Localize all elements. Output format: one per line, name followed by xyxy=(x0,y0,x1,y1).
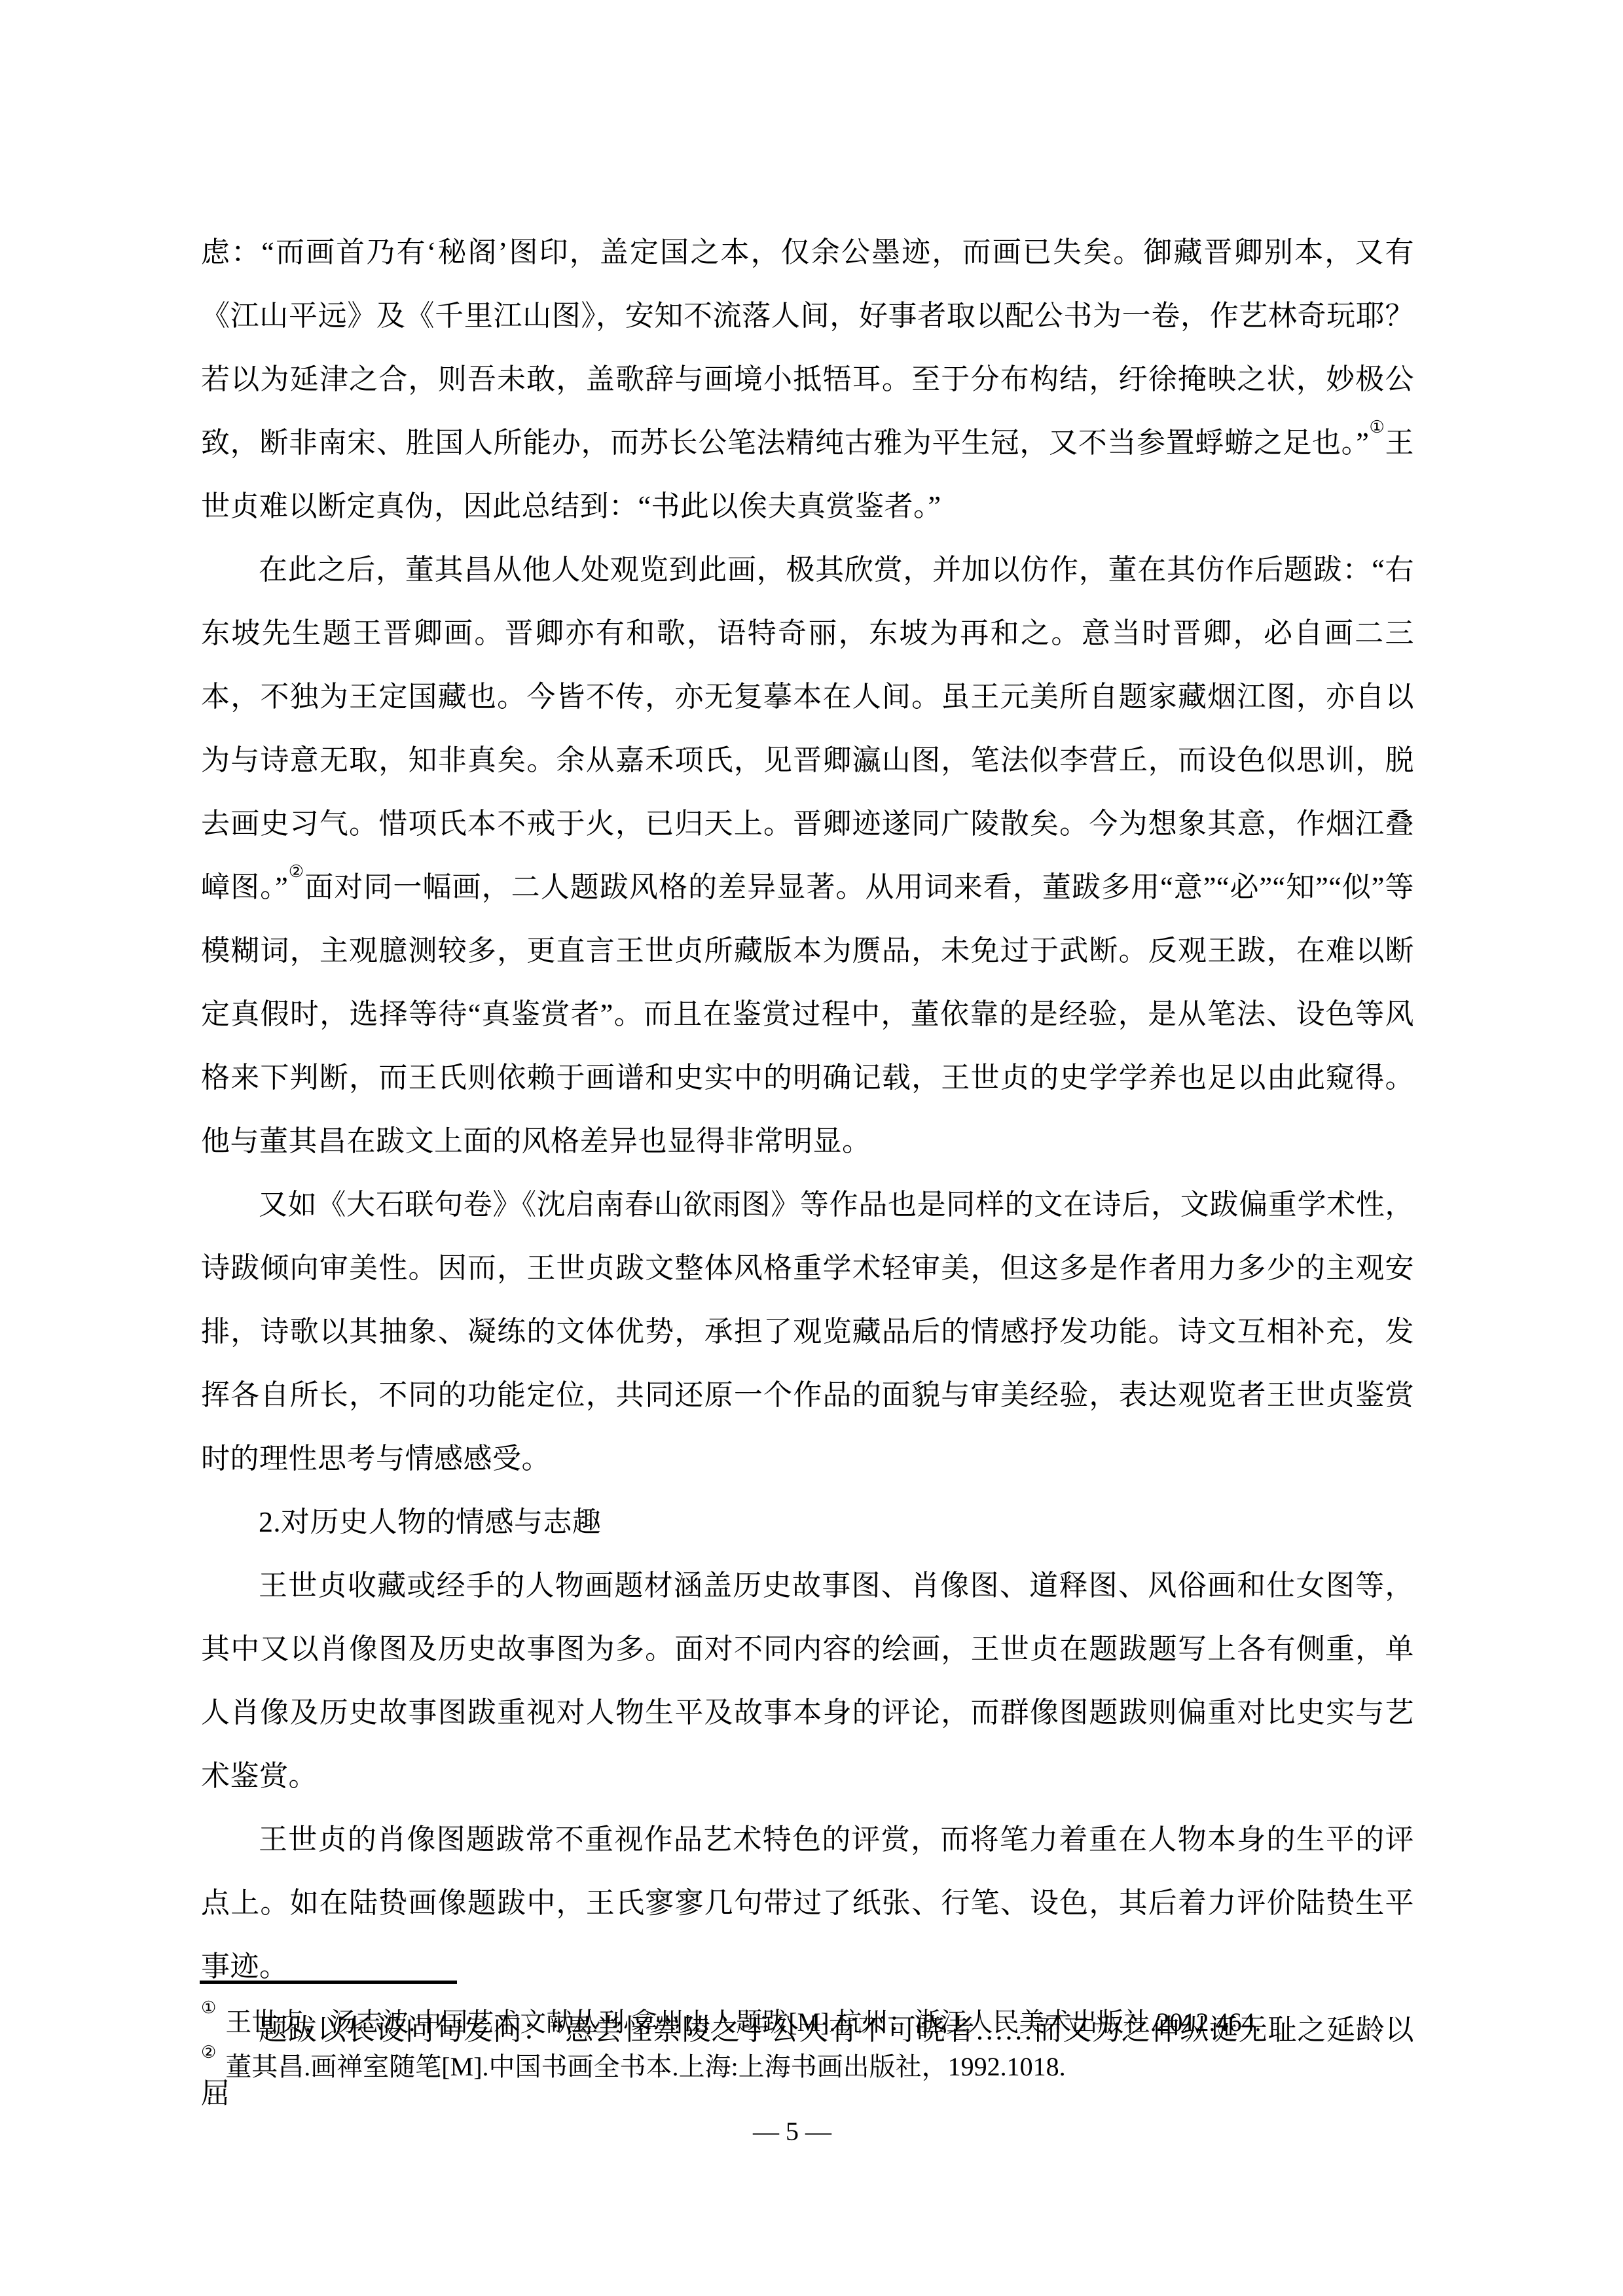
paragraph: 又如《大石联句卷》《沈启南春山欲雨图》等作品也是同样的文在诗后，文跋偏重学术性，… xyxy=(201,1173,1414,1490)
section-heading: 2.对历史人物的情感与志趣 xyxy=(201,1490,1414,1554)
footnote-ref: ② xyxy=(288,862,304,881)
footnote-ref: ① xyxy=(1369,418,1385,437)
footnote-marker: ② xyxy=(201,2043,216,2062)
body-text: 虑：“而画首乃有‘秘阁’图印，盖定国之本，仅余公墨迹，而画已失矣。御藏晋卿别本，… xyxy=(201,221,1414,2125)
paragraph: 王世贞收藏或经手的人物画题材涵盖历史故事图、肖像图、道释图、风俗画和仕女图等，其… xyxy=(201,1554,1414,1808)
document-page: 虑：“而画首乃有‘秘阁’图印，盖定国之本，仅余公墨迹，而画已失矣。御藏晋卿别本，… xyxy=(0,0,1623,2296)
footnote-marker: ① xyxy=(201,1998,216,2017)
paragraph: 在此之后，董其昌从他人处观览到此画，极其欣赏，并加以仿作，董在其仿作后题跋：“右… xyxy=(201,538,1414,1173)
footnote-separator xyxy=(200,1981,457,1984)
paragraph: 虑：“而画首乃有‘秘阁’图印，盖定国之本，仅余公墨迹，而画已失矣。御藏晋卿别本，… xyxy=(201,221,1414,538)
footnote-item: ①王世贞，汤志波.中国艺术文献丛刊 弇州山人题跋[M].杭州：浙江人民美术出版社… xyxy=(201,2000,1414,2045)
footnote-item: ②董其昌.画禅室随笔[M].中国书画全书本.上海:上海书画出版社，1992.10… xyxy=(201,2045,1414,2089)
paragraph: 王世贞的肖像图题跋常不重视作品艺术特色的评赏，而将笔力着重在人物本身的生平的评点… xyxy=(201,1808,1414,1998)
page-number: — 5 — xyxy=(0,2115,1584,2148)
footnotes: ①王世贞，汤志波.中国艺术文献丛刊 弇州山人题跋[M].杭州：浙江人民美术出版社… xyxy=(201,2000,1414,2089)
